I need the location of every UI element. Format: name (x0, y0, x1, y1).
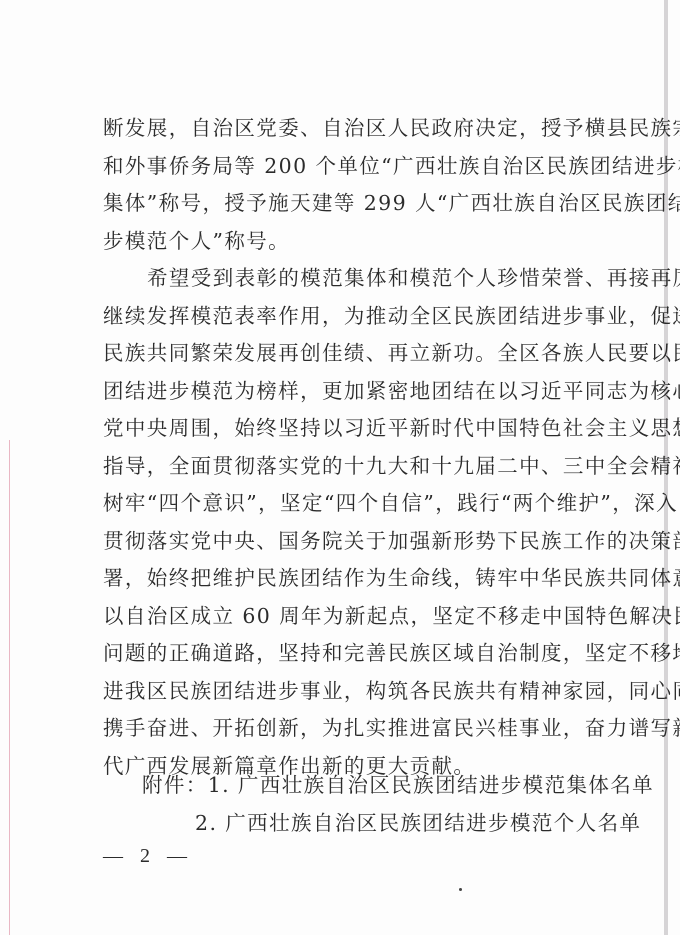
text-line: 指导，全面贯彻落实党的十九大和十九届二中、三中全会精神， (103, 448, 593, 486)
paragraph-2: 希望受到表彰的模范集体和模范个人珍惜荣誉、再接再厉， 继续发挥模范表率作用，为推… (103, 260, 593, 785)
attachment-title: 1. 广西壮族自治区民族团结进步模范集体名单 (208, 773, 654, 797)
attachment-title: 2. 广西壮族自治区民族团结进步模范个人名单 (195, 811, 641, 835)
document-body: 断发展，自治区党委、自治区人民政府决定，授予横县民族宗教 和外事侨务局等 200… (103, 110, 593, 785)
text-line: 继续发挥模范表率作用，为推动全区民族团结进步事业，促进各 (103, 298, 593, 336)
attachment-item-2: 2. 广西壮族自治区民族团结进步模范个人名单 (142, 805, 654, 843)
text-line: 署，始终把维护民族团结作为生命线，铸牢中华民族共同体意识， (103, 560, 593, 598)
attachments-list: 附件：1. 广西壮族自治区民族团结进步模范集体名单 2. 广西壮族自治区民族团结… (142, 767, 654, 842)
scan-edge-left (9, 440, 10, 935)
text-line: 携手奋进、开拓创新，为扎实推进富民兴桂事业，奋力谱写新时 (103, 710, 593, 748)
attachments-label: 附件： (142, 773, 208, 797)
text-line: 集体”称号，授予施天建等 299 人“广西壮族自治区民族团结进 (103, 185, 593, 223)
text-line: 问题的正确道路，坚持和完善民族区域自治制度，坚定不移地推 (103, 635, 593, 673)
paragraph-1: 断发展，自治区党委、自治区人民政府决定，授予横县民族宗教 和外事侨务局等 200… (103, 110, 593, 260)
text-line: 希望受到表彰的模范集体和模范个人珍惜荣誉、再接再厉， (103, 260, 593, 298)
text-line: 民族共同繁荣发展再创佳绩、再立新功。全区各族人民要以民族 (103, 335, 593, 373)
text-line: 党中央周围，始终坚持以习近平新时代中国特色社会主义思想为 (103, 410, 593, 448)
text-line: 以自治区成立 60 周年为新起点，坚定不移走中国特色解决民族 (103, 598, 593, 636)
document-page: 断发展，自治区党委、自治区人民政府决定，授予横县民族宗教 和外事侨务局等 200… (0, 0, 680, 935)
text-line: 和外事侨务局等 200 个单位“广西壮族自治区民族团结进步模范 (103, 148, 593, 186)
text-line: 树牢“四个意识”，坚定“四个自信”，践行“两个维护”，深入 (103, 485, 593, 523)
text-line: 团结进步模范为榜样，更加紧密地团结在以习近平同志为核心的 (103, 373, 593, 411)
text-line: 贯彻落实党中央、国务院关于加强新形势下民族工作的决策部 (103, 523, 593, 561)
page-number: — 2 — (103, 845, 193, 868)
attachment-item-1: 附件：1. 广西壮族自治区民族团结进步模范集体名单 (142, 767, 654, 805)
text-line: 进我区民族团结进步事业，构筑各民族共有精神家园，同心同德、 (103, 673, 593, 711)
text-line: 步模范个人”称号。 (103, 223, 593, 261)
text-line: 断发展，自治区党委、自治区人民政府决定，授予横县民族宗教 (103, 110, 593, 148)
scan-speck (459, 888, 462, 891)
